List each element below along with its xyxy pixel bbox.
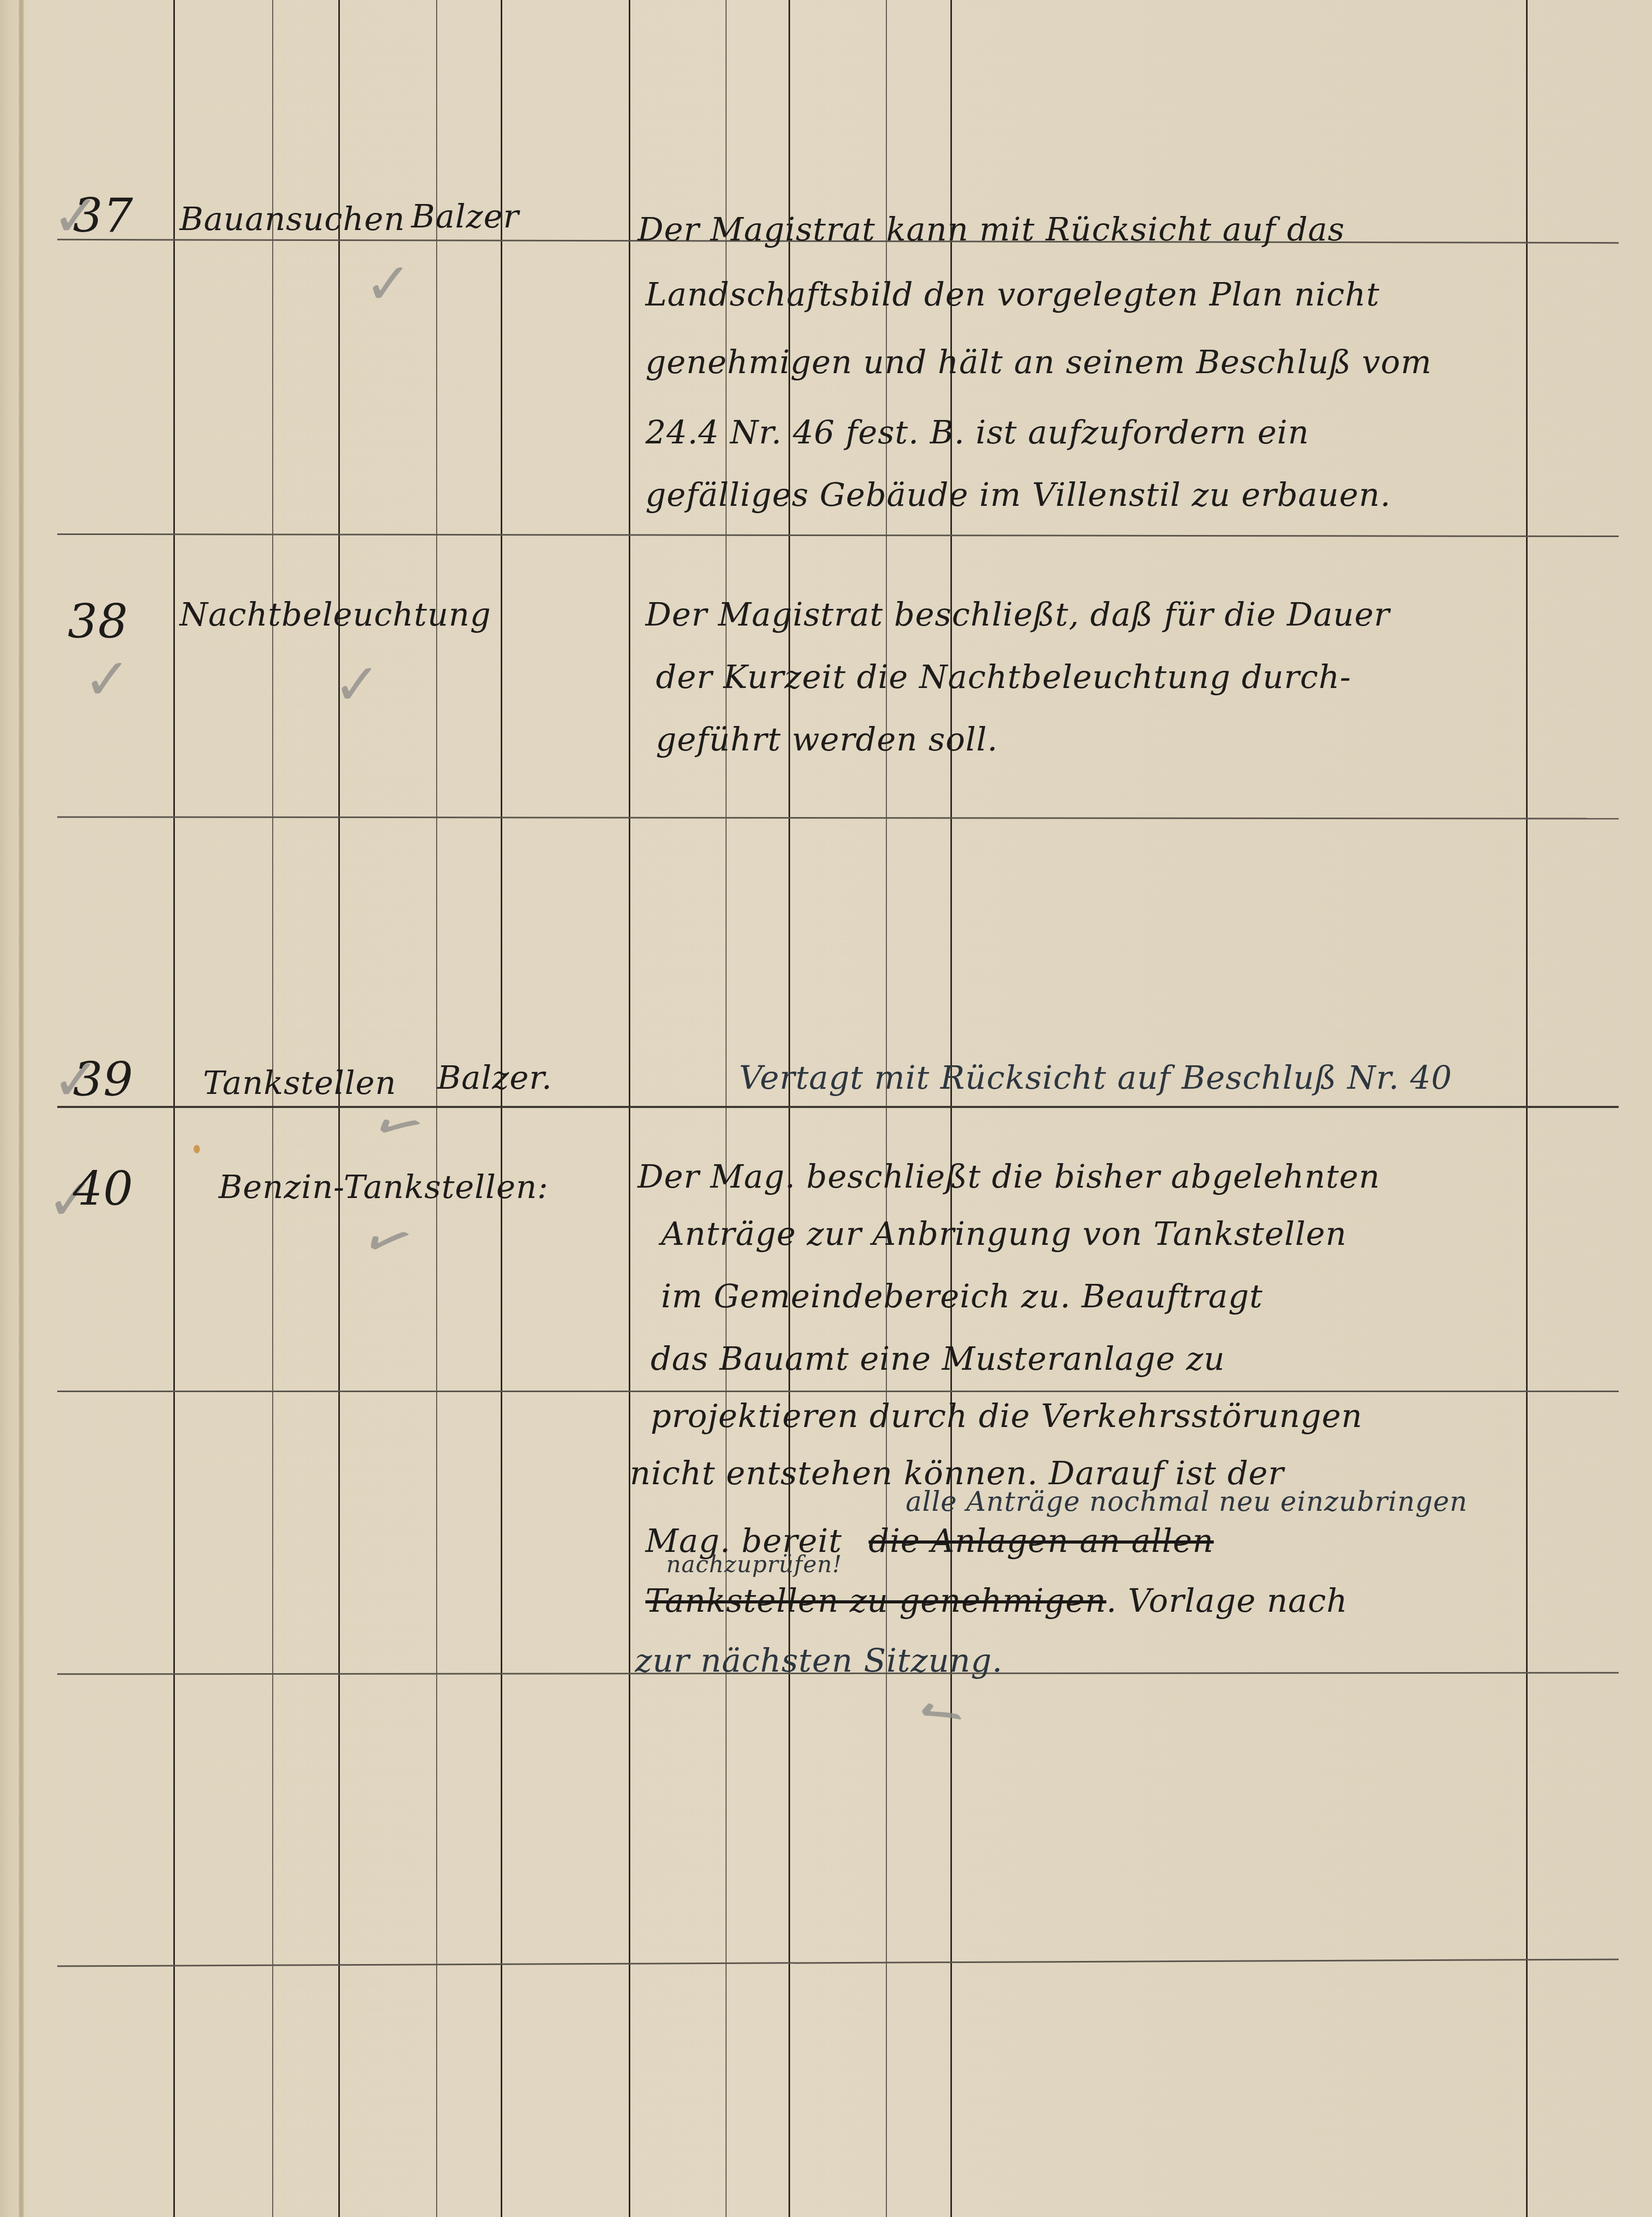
row-separator — [57, 533, 1619, 537]
entry-subject: Nachtbeleuchtung — [180, 598, 491, 631]
ink-stain — [194, 1145, 200, 1153]
decision-line-with-strike: Tankstellen zu genehmigen. Vorlage nach — [645, 1585, 1348, 1617]
entry-subject: Bauansuchen — [180, 203, 405, 235]
row-separator — [57, 1106, 1619, 1108]
binding-edge — [19, 0, 24, 2217]
decision-line: geführt werden soll. — [656, 723, 998, 756]
column-rule — [886, 0, 887, 2217]
column-rule — [726, 0, 727, 2217]
checkmark-icon: ✓ — [83, 651, 131, 708]
decision-line: der Kurzeit die Nachtbeleuchtung durch- — [656, 661, 1351, 693]
decision-text: . Vorlage nach — [1107, 1582, 1348, 1620]
row-separator — [57, 816, 1619, 819]
row-separator — [57, 1391, 1619, 1392]
column-rule — [1526, 0, 1528, 2217]
insertion-above: alle Anträge nochmal neu einzubringen — [906, 1488, 1468, 1515]
column-rule — [338, 0, 340, 2217]
decision-line: Der Magistrat beschließt, daß für die Da… — [645, 598, 1390, 631]
insertion-below: nachzuprüfen! — [666, 1553, 842, 1576]
checkmark-icon: ✓ — [353, 1204, 424, 1278]
column-rule — [629, 0, 630, 2217]
entry-number: 38 — [68, 598, 129, 645]
entry-name: Balzer. — [437, 1062, 552, 1094]
entry-name: Balzer — [411, 200, 519, 233]
column-rule — [436, 0, 437, 2217]
decision-line: 24.4 Nr. 46 fest. B. ist aufzufordern ei… — [645, 416, 1309, 449]
decision-line: Der Magistrat kann mit Rücksicht auf das — [638, 213, 1345, 246]
column-rule — [789, 0, 790, 2217]
ledger-page: ✓ 37 Bauansuchen Balzer ✓ Der Magistrat … — [0, 0, 1652, 2217]
decision-line: Landschaftsbild den vorgelegten Plan nic… — [645, 278, 1380, 311]
entry-number: 37 — [73, 193, 134, 239]
decision-line: Anträge zur Anbringung von Tankstellen — [661, 1218, 1347, 1250]
column-rule — [501, 0, 502, 2217]
column-rule — [272, 0, 273, 2217]
decision-line: genehmigen und hält an seinem Beschluß v… — [645, 346, 1432, 378]
decision-line: nicht entstehen können. Darauf ist der — [630, 1457, 1284, 1489]
decision-line: Vertagt mit Rücksicht auf Beschluß Nr. 4… — [739, 1062, 1452, 1094]
checkmark-icon: ✓ — [903, 1680, 976, 1750]
struck-text: die Anlagen an allen — [869, 1522, 1214, 1560]
row-separator — [57, 1958, 1619, 1967]
decision-line: gefälliges Gebäude im Villenstil zu erba… — [645, 479, 1391, 511]
entry-subject: Tankstellen — [203, 1067, 397, 1099]
decision-line: das Bauamt eine Musteranlage zu — [651, 1343, 1225, 1375]
entry-number: 40 — [73, 1166, 134, 1213]
checkmark-icon: ✓ — [333, 656, 381, 713]
struck-text: Tankstellen zu genehmigen — [645, 1582, 1107, 1620]
column-rule — [950, 0, 952, 2217]
column-rule — [173, 0, 175, 2217]
decision-line: zur nächsten Sitzung. — [635, 1645, 1003, 1677]
decision-line: im Gemeindebereich zu. Beauftragt — [661, 1280, 1263, 1313]
decision-line: projektieren durch die Verkehrsstörungen — [651, 1400, 1363, 1432]
decision-line: Der Mag. beschließt die bisher abgelehnt… — [638, 1161, 1380, 1193]
checkmark-icon: ✓ — [364, 255, 412, 312]
entry-subject: Benzin-Tankstellen: — [219, 1171, 549, 1203]
entry-number: 39 — [73, 1056, 134, 1103]
